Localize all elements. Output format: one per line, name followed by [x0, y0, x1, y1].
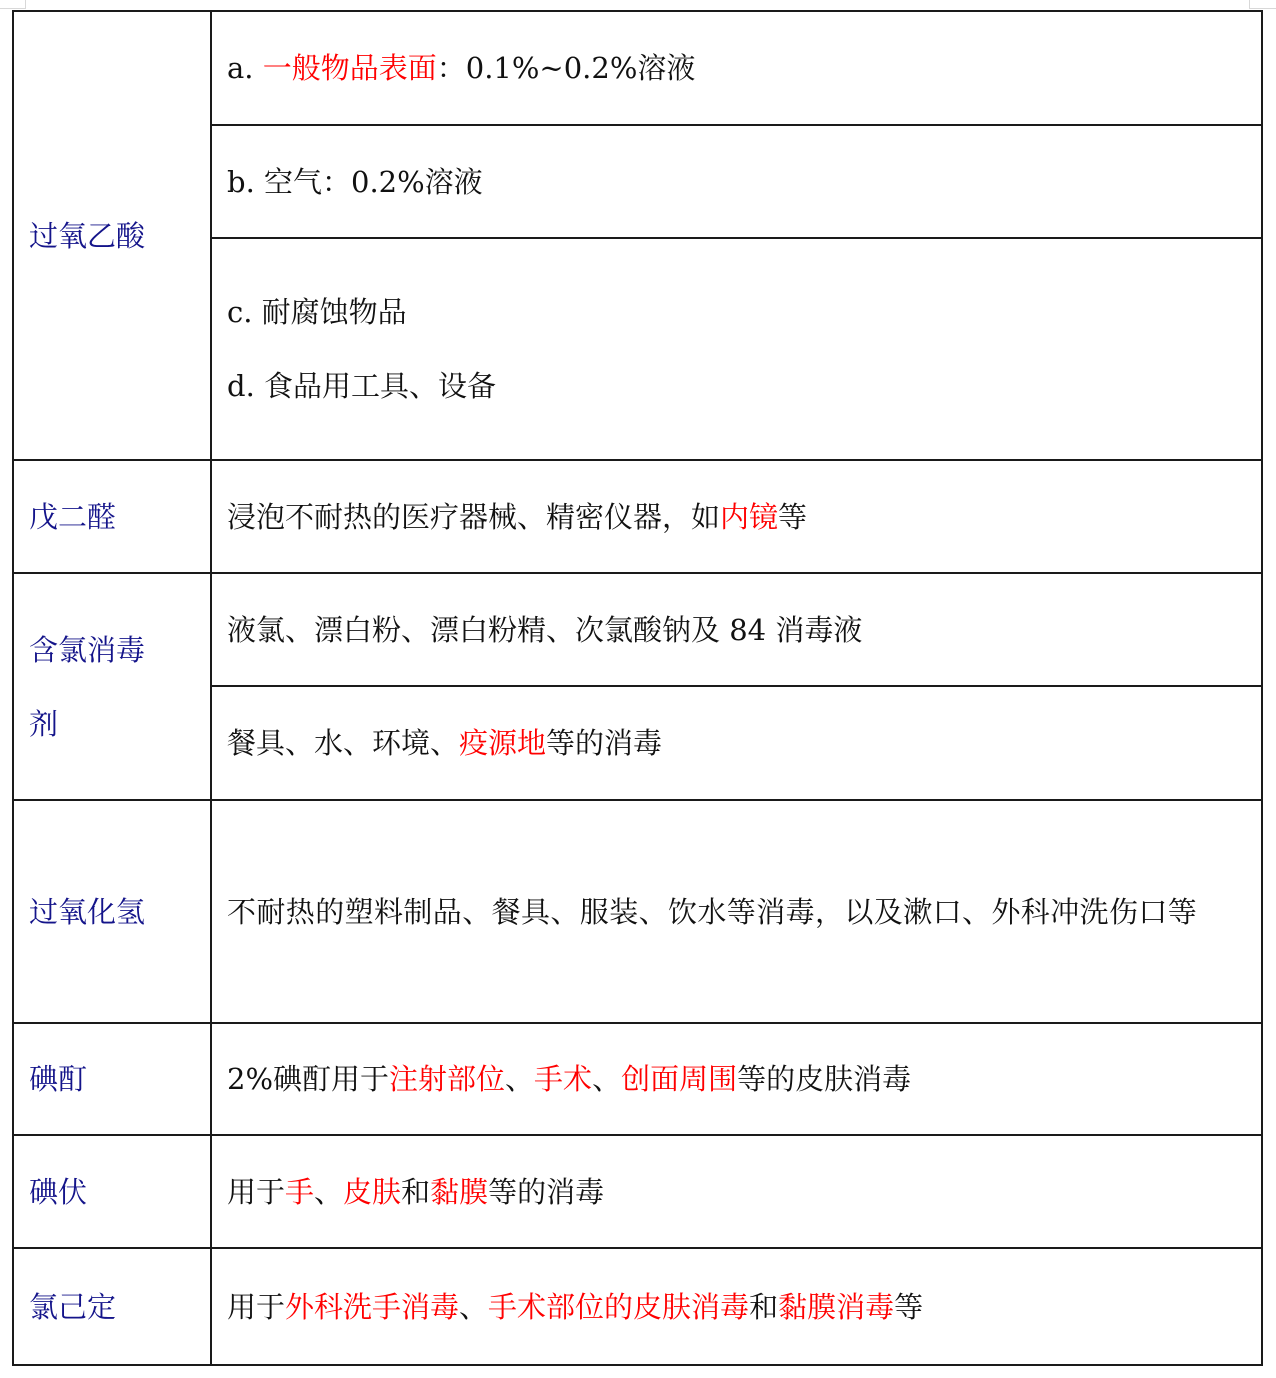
highlight-text: 黏膜消毒	[778, 1290, 894, 1324]
disinfectant-name: 碘伏	[29, 1175, 87, 1209]
disinfectant-name-cell: 戊二醛	[13, 460, 211, 573]
disinfectant-name-cell: 碘酊	[13, 1023, 211, 1135]
highlight-text: 内镜	[720, 500, 778, 534]
disinfectant-table: 过氧乙酸 a. 一般物品表面：0.1%~0.2%溶液 b. 空气：0.2%溶液 …	[12, 10, 1263, 1366]
disinfectant-name: 碘酊	[29, 1062, 87, 1096]
highlight-text: 创面周围	[621, 1062, 737, 1096]
usage-cell: b. 空气：0.2%溶液	[211, 125, 1262, 238]
usage-text: 2%碘酊用于注射部位、手术、创面周围等的皮肤消毒	[227, 1042, 1255, 1116]
usage-cell: 不耐热的塑料制品、餐具、服装、饮水等消毒，以及漱口、外科冲洗伤口等	[211, 800, 1262, 1023]
usage-text: 液氯、漂白粉、漂白粉精、次氯酸钠及 84 消毒液	[227, 593, 1255, 667]
usage-text: 不耐热的塑料制品、餐具、服装、饮水等消毒，以及漱口、外科冲洗伤口等	[227, 875, 1255, 949]
usage-cell: 用于外科洗手消毒、手术部位的皮肤消毒和黏膜消毒等	[211, 1248, 1262, 1365]
disinfectant-name: 过氧乙酸	[29, 219, 145, 253]
usage-text: c. 耐腐蚀物品	[227, 275, 1255, 349]
disinfectant-name-cell: 过氧化氢	[13, 800, 211, 1023]
highlight-text: 一般物品表面	[263, 51, 437, 85]
disinfectant-name: 过氧化氢	[29, 895, 145, 929]
table-row: 氯己定 用于外科洗手消毒、手术部位的皮肤消毒和黏膜消毒等	[13, 1248, 1262, 1365]
usage-text: 餐具、水、环境、疫源地等的消毒	[227, 706, 1255, 780]
table-row: 戊二醛 浸泡不耐热的医疗器械、精密仪器，如内镜等	[13, 460, 1262, 573]
usage-text: d. 食品用工具、设备	[227, 349, 1255, 423]
usage-text: 浸泡不耐热的医疗器械、精密仪器，如内镜等	[227, 480, 1255, 554]
table-row: 碘酊 2%碘酊用于注射部位、手术、创面周围等的皮肤消毒	[13, 1023, 1262, 1135]
usage-cell: c. 耐腐蚀物品 d. 食品用工具、设备	[211, 238, 1262, 460]
usage-cell: 2%碘酊用于注射部位、手术、创面周围等的皮肤消毒	[211, 1023, 1262, 1135]
table-row: 过氧化氢 不耐热的塑料制品、餐具、服装、饮水等消毒，以及漱口、外科冲洗伤口等	[13, 800, 1262, 1023]
usage-cell: 用于手、皮肤和黏膜等的消毒	[211, 1135, 1262, 1248]
highlight-text: 黏膜	[430, 1175, 488, 1209]
usage-text: b. 空气：0.2%溶液	[227, 145, 1255, 219]
usage-text: 用于手、皮肤和黏膜等的消毒	[227, 1155, 1255, 1229]
highlight-text: 手术	[534, 1062, 592, 1096]
highlight-text: 疫源地	[459, 726, 546, 760]
table-row: 过氧乙酸 a. 一般物品表面：0.1%~0.2%溶液	[13, 11, 1262, 125]
highlight-text: 手术部位的皮肤消毒	[488, 1290, 749, 1324]
disinfectant-name-cell: 碘伏	[13, 1135, 211, 1248]
usage-cell: a. 一般物品表面：0.1%~0.2%溶液	[211, 11, 1262, 125]
usage-cell: 浸泡不耐热的医疗器械、精密仪器，如内镜等	[211, 460, 1262, 573]
disinfectant-name-cell: 含氯消毒剂	[13, 573, 211, 800]
usage-cell: 餐具、水、环境、疫源地等的消毒	[211, 686, 1262, 800]
page-corner-mark-right	[1249, 0, 1276, 9]
usage-text: a. 一般物品表面：0.1%~0.2%溶液	[227, 31, 1255, 105]
disinfectant-name: 氯己定	[29, 1290, 116, 1324]
highlight-text: 手	[285, 1175, 314, 1209]
table-row: 碘伏 用于手、皮肤和黏膜等的消毒	[13, 1135, 1262, 1248]
disinfectant-name-cell: 氯己定	[13, 1248, 211, 1365]
highlight-text: 皮肤	[343, 1175, 401, 1209]
disinfectant-name: 含氯消毒剂	[29, 613, 169, 761]
page-corner-mark-left	[0, 0, 26, 9]
highlight-text: 注射部位	[389, 1062, 505, 1096]
disinfectant-name-cell: 过氧乙酸	[13, 11, 211, 460]
usage-text: 用于外科洗手消毒、手术部位的皮肤消毒和黏膜消毒等	[227, 1270, 1255, 1344]
disinfectant-name: 戊二醛	[29, 500, 116, 534]
usage-cell: 液氯、漂白粉、漂白粉精、次氯酸钠及 84 消毒液	[211, 573, 1262, 686]
highlight-text: 外科洗手消毒	[285, 1290, 459, 1324]
table-row: 含氯消毒剂 液氯、漂白粉、漂白粉精、次氯酸钠及 84 消毒液	[13, 573, 1262, 686]
